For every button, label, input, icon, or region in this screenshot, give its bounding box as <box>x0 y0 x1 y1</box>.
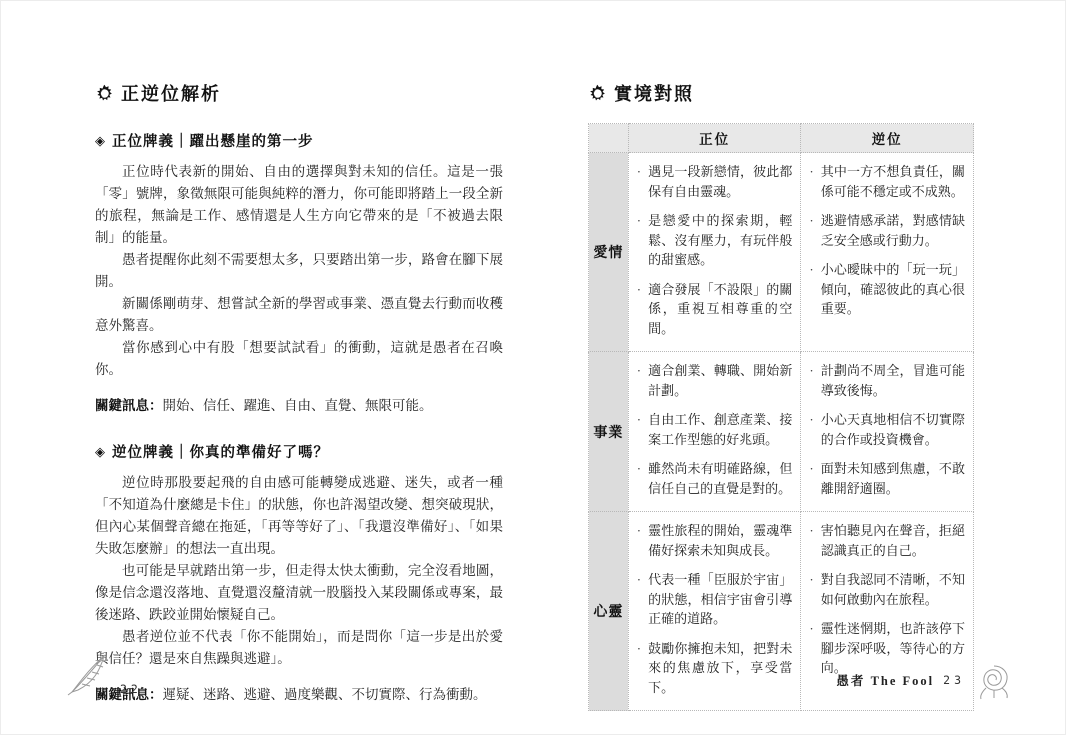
list-item: ·面對未知感到焦慮，不敢離開舒適圈。 <box>809 459 965 498</box>
reversed-paragraph: 也可能是早就踏出第一步，但走得太快太衝動，完全沒看地圖，像是信念還沒落地、直覺還… <box>95 560 503 626</box>
section-head-analysis: 正逆位解析 <box>95 80 503 106</box>
bullet-icon: · <box>637 521 641 560</box>
reversed-paragraph: 逆位時那股要起飛的自由感可能轉變成逃避、迷失，或者一種「不知道為什麼總是卡住」的… <box>95 472 503 560</box>
right-page: 實境對照 正位 逆位 愛情 ·遇見一段新戀情，彼此都保有自由靈魂。 ·是戀愛中的… <box>588 80 974 711</box>
reversed-heading-label: 逆位牌義｜你真的準備好了嗎？ <box>112 441 329 462</box>
upright-paragraph: 新關係剛萌芽、想嘗試全新的學習或事業、憑直覺去行動而收穫意外驚喜。 <box>95 293 503 337</box>
category-label-love: 愛情 <box>589 153 629 352</box>
comparison-table: 正位 逆位 愛情 ·遇見一段新戀情，彼此都保有自由靈魂。 ·是戀愛中的探索期，輕… <box>588 123 974 711</box>
section-title-comparison: 實境對照 <box>614 80 694 106</box>
table-row-career: 事業 ·適合創業、轉職、開始新計劃。 ·自由工作、創意產業、接案工作型態的好兆頭… <box>589 352 974 512</box>
list-item: ·計劃尚不周全，冒進可能導致後悔。 <box>809 361 965 400</box>
category-label-spirit: 心靈 <box>589 512 629 711</box>
sun-icon <box>588 84 607 103</box>
category-label-career: 事業 <box>589 352 629 512</box>
bullet-icon: · <box>809 459 813 498</box>
reversed-paragraph: 愚者逆位並不代表「你不能開始」，而是問你「這一步是出於愛與信任？還是來自焦躁與逃… <box>95 626 503 670</box>
book-spread: 正逆位解析 ◈ 正位牌義｜躍出懸崖的第一步 正位時代表新的開始、自由的選擇與對未… <box>0 0 1066 735</box>
list-item: ·小心曖昧中的「玩一玩」傾向，確認彼此的真心很重要。 <box>809 260 965 319</box>
upright-paragraph: 愚者提醒你此刻不需要想太多，只要踏出第一步，路會在腳下展開。 <box>95 249 503 293</box>
list-item: ·害怕聽見內在聲音，拒絕認識真正的自己。 <box>809 521 965 560</box>
bullet-icon: · <box>809 410 813 449</box>
bullet-icon: · <box>637 361 641 400</box>
love-reversed-cell: ·其中一方不想負責任，關係可能不穩定或不成熟。 ·逃避情感承諾，對感情缺乏安全感… <box>801 153 974 352</box>
list-item: ·靈性旅程的開始，靈魂準備好探索未知與成長。 <box>637 521 793 560</box>
bullet-icon: · <box>809 521 813 560</box>
key-message-text: 遲疑、迷路、逃避、過度樂觀、不切實際、行為衝動。 <box>163 687 487 702</box>
column-header-upright: 正位 <box>628 124 801 153</box>
list-item: ·適合創業、轉職、開始新計劃。 <box>637 361 793 400</box>
reversed-heading: ◈ 逆位牌義｜你真的準備好了嗎？ <box>95 441 503 462</box>
bullet-icon: · <box>637 211 641 270</box>
list-item: ·適合發展「不設限」的關係，重視互相尊重的空間。 <box>637 280 793 339</box>
left-page: 正逆位解析 ◈ 正位牌義｜躍出懸崖的第一步 正位時代表新的開始、自由的選擇與對未… <box>95 80 503 720</box>
rose-icon <box>974 660 1014 700</box>
list-item: ·小心天真地相信不切實際的合作或投資機會。 <box>809 410 965 449</box>
upright-paragraph: 正位時代表新的開始、自由的選擇與對未知的信任。這是一張「零」號牌，象徵無限可能與… <box>95 161 503 249</box>
list-item: ·逃避情感承諾，對感情缺乏安全感或行動力。 <box>809 211 965 250</box>
page-number: 23 <box>943 673 965 687</box>
left-page-footer: 22 <box>64 652 142 696</box>
love-upright-cell: ·遇見一段新戀情，彼此都保有自由靈魂。 ·是戀愛中的探索期，輕鬆、沒有壓力，有玩… <box>628 153 801 352</box>
corner-cell <box>589 124 629 153</box>
career-upright-cell: ·適合創業、轉職、開始新計劃。 ·自由工作、創意產業、接案工作型態的好兆頭。 ·… <box>628 352 801 512</box>
table-row-love: 愛情 ·遇見一段新戀情，彼此都保有自由靈魂。 ·是戀愛中的探索期，輕鬆、沒有壓力… <box>589 153 974 352</box>
career-reversed-cell: ·計劃尚不周全，冒進可能導致後悔。 ·小心天真地相信不切實際的合作或投資機會。 … <box>801 352 974 512</box>
column-header-reversed: 逆位 <box>801 124 974 153</box>
table-header-row: 正位 逆位 <box>589 124 974 153</box>
bullet-icon: · <box>637 410 641 449</box>
list-item: ·是戀愛中的探索期，輕鬆、沒有壓力，有玩伴般的甜蜜感。 <box>637 211 793 270</box>
list-item: ·雖然尚未有明確路線，但信任自己的直覺是對的。 <box>637 459 793 498</box>
bullet-icon: · <box>809 260 813 319</box>
section-head-comparison: 實境對照 <box>588 80 974 106</box>
bullet-icon: · <box>809 619 813 678</box>
diamond-icon: ◈ <box>95 133 106 149</box>
bullet-icon: · <box>637 570 641 629</box>
reversed-key-message: 關鍵訊息：遲疑、迷路、逃避、過度樂觀、不切實際、行為衝動。 <box>95 684 503 706</box>
right-page-footer: 愚者 The Fool 23 <box>836 660 1014 700</box>
bullet-icon: · <box>637 459 641 498</box>
upright-paragraph: 當你感到心中有股「想要試試看」的衝動，這就是愚者在召喚你。 <box>95 337 503 381</box>
list-item: ·鼓勵你擁抱未知，把對未來的焦慮放下，享受當下。 <box>637 639 793 698</box>
key-message-text: 開始、信任、躍進、自由、直覺、無限可能。 <box>163 398 433 413</box>
list-item: ·對自我認同不清晰，不知如何啟動內在旅程。 <box>809 570 965 609</box>
list-item: ·代表一種「臣服於宇宙」的狀態，相信宇宙會引導正確的道路。 <box>637 570 793 629</box>
section-title-analysis: 正逆位解析 <box>121 80 221 106</box>
bullet-icon: · <box>637 162 641 201</box>
upright-heading-label: 正位牌義｜躍出懸崖的第一步 <box>112 130 314 151</box>
diamond-icon: ◈ <box>95 444 106 460</box>
upright-key-message: 關鍵訊息：開始、信任、躍進、自由、直覺、無限可能。 <box>95 395 503 417</box>
list-item: ·自由工作、創意產業、接案工作型態的好兆頭。 <box>637 410 793 449</box>
bullet-icon: · <box>809 570 813 609</box>
card-name-footer: 愚者 The Fool <box>836 671 934 689</box>
bullet-icon: · <box>637 639 641 698</box>
page-number: 22 <box>120 682 142 696</box>
bullet-icon: · <box>809 211 813 250</box>
upright-heading: ◈ 正位牌義｜躍出懸崖的第一步 <box>95 130 503 151</box>
key-message-label: 關鍵訊息： <box>95 398 163 413</box>
feather-icon <box>64 652 114 696</box>
list-item: ·遇見一段新戀情，彼此都保有自由靈魂。 <box>637 162 793 201</box>
bullet-icon: · <box>809 361 813 400</box>
bullet-icon: · <box>637 280 641 339</box>
list-item: ·其中一方不想負責任，關係可能不穩定或不成熟。 <box>809 162 965 201</box>
sun-icon <box>95 84 114 103</box>
bullet-icon: · <box>809 162 813 201</box>
spirit-upright-cell: ·靈性旅程的開始，靈魂準備好探索未知與成長。 ·代表一種「臣服於宇宙」的狀態，相… <box>628 512 801 711</box>
